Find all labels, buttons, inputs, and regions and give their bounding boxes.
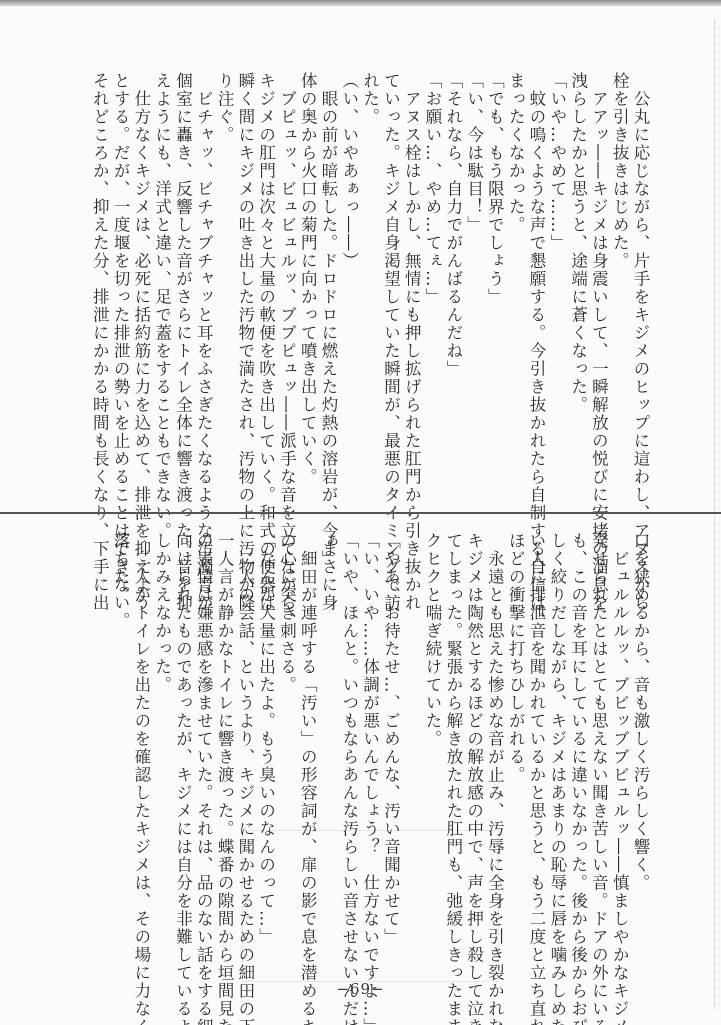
text-column	[400, 532, 421, 972]
text-column: 「なんか大量に出たよ。もう臭いのなんのって…」	[255, 532, 276, 972]
text-column: 二人の会話、というより、キジメに聞かせるための細田の下品な	[234, 532, 255, 972]
text-column: えようにも、洋式と違い、足で蓋をすることもできない。	[151, 72, 172, 492]
text-column: 個室に轟き、反響した音がさらにトイレ全体に響き渡った。音を抑	[172, 72, 193, 492]
text-column: ていった。キジメ自身渇望していた瞬間が、最悪のタイミングで訪	[380, 72, 401, 492]
text-column: も、この音を耳にしているに違いなかった。後から後からおびただ	[567, 532, 588, 972]
upper-text-tier: 公丸に応じながら、片手をキジメのヒップに這わし、アヌスから栓を引き抜きはじめた。…	[60, 72, 650, 492]
text-column: 「それなら、自力でがんばるんだね」	[442, 72, 463, 492]
text-column: 洩らしたかと思うと、途端に蒼くなった。	[567, 72, 588, 492]
text-column: とする。だが、一度堰を切った排泄の勢いを止めることはできない。	[109, 72, 130, 492]
text-column: れた。	[359, 72, 380, 492]
text-column: 瞬く間にキジメの吐き出した汚物で満たされ、汚物の上に汚物が降	[234, 72, 255, 492]
text-column: ビチャッ、ビチャブチャッと耳をふさぎたくなるような汚濁音が	[192, 72, 213, 492]
text-column: ブピュッ、ビュビュルッ、ブブピュッ――派手な音を立てながら、	[276, 72, 297, 492]
text-column: ほどの衝撃に打ちひしがれる。	[504, 532, 525, 972]
text-column: 一人言が静かなトイレに響き渡った。蝶番の隙間から垣間見た公丸	[213, 532, 234, 972]
upper-text-columns: 公丸に応じながら、片手をキジメのヒップに這わし、アヌスから栓を引き抜きはじめた。…	[88, 72, 650, 492]
text-column: ぁ」	[317, 532, 338, 972]
text-column: 公丸に応じながら、片手をキジメのヒップに這わし、アヌスから	[629, 72, 650, 492]
text-column: 発せられたとはとても思えない聞き苦しい音。ドアの外にいる公丸	[588, 532, 609, 972]
scan-top-edge	[0, 0, 721, 6]
text-column: てしまった。緊張から解き放たれた肛門も、弛緩しきったまま、ヒ	[442, 532, 463, 972]
text-column: 「やあ、お待たせ…、ごめんな、汚い音聞かせて」	[380, 532, 401, 972]
tier-divider-rule	[0, 512, 721, 514]
scan-right-edge	[713, 20, 715, 1010]
text-column: 「お願い…、やめ…てぇ…」	[421, 72, 442, 492]
text-column: しく絞りだしながら、キジメはあまりの恥辱に唇を噛みしめた。想	[546, 532, 567, 972]
text-column: 「い、今は駄目！」	[463, 72, 484, 492]
text-column: 二人がトイレを出たのを確認したキジメは、その場に力なく崩れ	[130, 532, 151, 972]
text-column: それどころか、抑えた分、排泄にかかる時間も長くなり、下手に出	[88, 72, 109, 492]
text-column: ビュルルルッ、ブビッブブビュルッ――慎ましやかなキジメから	[608, 532, 629, 972]
text-column: キジメは陶然とするほどの解放感の中で、声を押し殺して泣き出し	[463, 532, 484, 972]
text-column: 永遠とも思えた惨めな音が止み、汚辱に全身を引き裂かれながら、	[484, 532, 505, 972]
text-column: 眼の前が暗転した。ドロドロに燃えた灼熱の溶岩が、今まさに身	[317, 72, 338, 492]
text-column: の心に突き刺さる。	[276, 532, 297, 972]
text-column: 向けられたものであったが、キジメには自分を非難しているように	[172, 532, 193, 972]
text-column: （い、いやあぁっ――）	[338, 72, 359, 492]
text-column: 落ちた。	[109, 532, 130, 972]
text-column: 体の奥から火口の菊門に向かって噴き出していく。	[296, 72, 317, 492]
text-column: 「でも、もう限界でしょう」	[484, 72, 505, 492]
text-column: アヌス栓はしかし、無情にも押し拡げられた肛門から引き抜かれ	[400, 72, 421, 492]
text-column: り注ぐ。	[213, 72, 234, 492]
text-column: 「いや、ほんと。いつもならあんな汚らしい音させないんだけどさ	[338, 532, 359, 972]
text-column: の表情は嫌悪感を滲ませていた。それは、品のない話をする細田に	[192, 532, 213, 972]
text-column: アアッ――キジメは身震いして、一瞬解放の悦びに安堵の溜息を	[588, 72, 609, 492]
text-column: まったくなかった。	[504, 72, 525, 492]
text-column: 細田が連呼する「汚い」の形容詞が、扉の影で息を潜めるキジメ	[296, 532, 317, 972]
text-column: 「い、いや……体調が悪いんでしょう？ 仕方ないですよ…」	[359, 532, 380, 972]
text-column: 蚊の鳴くような声で懇願する。今引き抜かれたら自制する自信は、	[525, 72, 546, 492]
text-column: 栓を引き抜きはじめた。	[608, 72, 629, 492]
page-number: −69−	[0, 980, 721, 998]
text-column: 口を狭めるから、音も激しく汚らしく響く。	[629, 532, 650, 972]
lower-text-tier: 口を狭めるから、音も激しく汚らしく響く。 ビュルルルッ、ブビッブブビュルッ――慎…	[60, 532, 650, 972]
text-column: クヒクと喘ぎ続けていた。	[421, 532, 442, 972]
text-column: 「いや…やめて……」	[546, 72, 567, 492]
text-column: 仕方なくキジメは、必死に括約筋に力を込めて、排泄を抑えよう	[130, 72, 151, 492]
text-column: い人に排泄音を聞かれているかと思うと、もう二度と立ち直れない	[525, 532, 546, 972]
text-column: しかみえなかった。	[151, 532, 172, 972]
text-column: キジメの肛門は次々と大量の軟便を吹き出していく。和式の便器は	[255, 72, 276, 492]
lower-text-columns: 口を狭めるから、音も激しく汚らしく響く。 ビュルルルッ、ブビッブブビュルッ――慎…	[109, 532, 650, 972]
